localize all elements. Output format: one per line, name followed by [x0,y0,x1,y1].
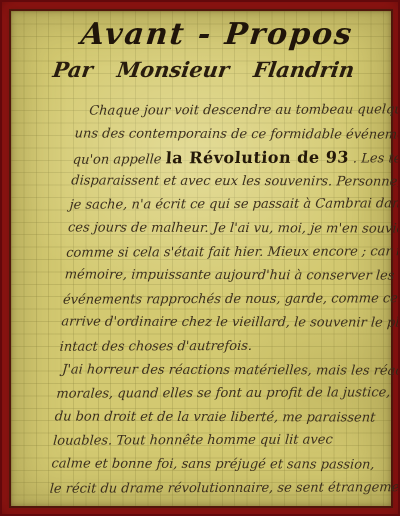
manuscript-line: du bon droit et de la vraie liberté, me … [54,405,388,430]
manuscript-page: Avant - Propos Par Monsieur Flandrin Cha… [11,11,391,506]
revolution-line-post: . Les témoins [348,151,400,166]
manuscript-byline: Par Monsieur Flandrin [51,57,356,82]
manuscript-line: mémoire, impuissante aujourd'hui à conse… [64,264,398,289]
manuscript-line: ces jours de malheur. Je l'ai vu, moi, j… [67,216,400,241]
manuscript-line: louables. Tout honnête homme qui lit ave… [52,429,386,454]
manuscript-line-revolution: qu'on appelle la Révolution de 93 . Les … [72,145,400,170]
manuscript-line: événements rapprochés de nous, garde, co… [62,287,396,312]
manuscript-line: calme et bonne foi, sans préjugé et sans… [51,452,385,477]
manuscript-line: je sache, n'a écrit ce qui se passait à … [69,193,400,218]
framed-manuscript-photo: { "document": { "title": "Avant - Propos… [0,0,400,516]
manuscript-line: morales, quand elles se font au profit d… [56,381,390,406]
manuscript-line: disparaissent et avec eux les souvenirs.… [70,169,400,194]
manuscript-line: comme si cela s'était fait hier. Mieux e… [65,240,399,265]
manuscript-line: le récit du drame révolutionnaire, se se… [49,476,383,501]
manuscript-line: Chaque jour voit descendre au tombeau qu… [75,98,400,123]
manuscript-line: uns des contemporains de ce formidable é… [74,122,400,147]
manuscript-body: Chaque jour voit descendre au tombeau qu… [49,99,400,500]
manuscript-line: arrive d'ordinaire chez le vieillard, le… [61,311,395,336]
manuscript-title: Avant - Propos [79,17,355,52]
manuscript-line: J'ai horreur des réactions matérielles, … [57,358,391,383]
revolution-emphasis: la Révolution de 93 [165,148,350,168]
manuscript-line: intact des choses d'autrefois. [59,334,393,359]
revolution-line-pre: qu'on appelle [72,153,166,168]
